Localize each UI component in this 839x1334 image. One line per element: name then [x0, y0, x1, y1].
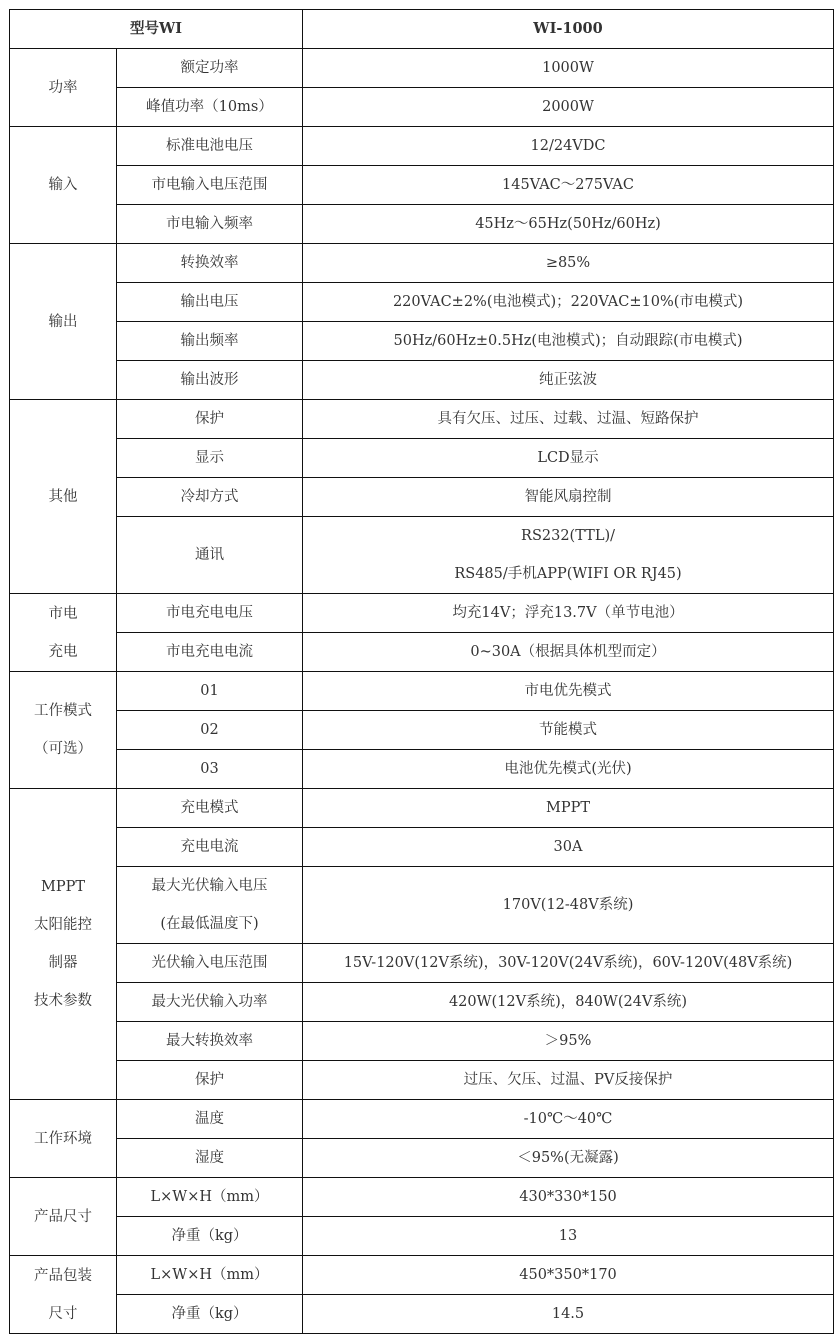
param-value: 0~30A（根据具体机型而定） [303, 633, 834, 672]
param-name: 01 [117, 672, 303, 711]
table-row: 市电输入频率45Hz～65Hz(50Hz/60Hz) [10, 205, 834, 244]
text-line: 保护 [119, 400, 300, 438]
param-name: 转换效率 [117, 244, 303, 283]
text-line: 净重（kg） [119, 1217, 300, 1255]
text-line: 净重（kg） [119, 1295, 300, 1333]
param-value: 节能模式 [303, 711, 834, 750]
text-line: -10℃～40℃ [305, 1100, 831, 1138]
text-line: 市电 [12, 595, 114, 633]
text-line: 均充14V；浮充13.7V（单节电池） [305, 594, 831, 632]
text-line: 145VAC～275VAC [305, 166, 831, 204]
table-row: 湿度＜95%(无凝露) [10, 1139, 834, 1178]
text-line: 02 [119, 711, 300, 749]
text-line: RS232(TTL)/ [305, 517, 831, 555]
param-name: 市电输入电压范围 [117, 166, 303, 205]
text-line: 市电输入频率 [119, 205, 300, 243]
text-line: 纯正弦波 [305, 361, 831, 399]
table-row: 产品包装尺寸L×W×H（mm）450*350*170 [10, 1256, 834, 1295]
model-label: 型号WI [10, 10, 303, 49]
text-line: 技术参数 [12, 982, 114, 1020]
param-value: RS232(TTL)/RS485/手机APP(WIFI OR RJ45) [303, 517, 834, 594]
param-name: 显示 [117, 439, 303, 478]
text-line: 430*330*150 [305, 1178, 831, 1216]
text-line: 输出频率 [119, 322, 300, 360]
text-line: 50Hz/60Hz±0.5Hz(电池模式)；自动跟踪(市电模式) [305, 322, 831, 360]
text-line: 1000W [305, 49, 831, 87]
text-line: 输出波形 [119, 361, 300, 399]
param-value: -10℃～40℃ [303, 1100, 834, 1139]
table-row: 其他保护具有欠压、过压、过载、过温、短路保护 [10, 400, 834, 439]
text-line: 节能模式 [305, 711, 831, 749]
group-label: 其他 [10, 400, 117, 594]
text-line: 市电优先模式 [305, 672, 831, 710]
param-value: 50Hz/60Hz±0.5Hz(电池模式)；自动跟踪(市电模式) [303, 322, 834, 361]
text-line: 最大光伏输入功率 [119, 983, 300, 1021]
param-value: 1000W [303, 49, 834, 88]
text-line: 转换效率 [119, 244, 300, 282]
text-line: 450*350*170 [305, 1256, 831, 1294]
text-line: 冷却方式 [119, 478, 300, 516]
group-label: 工作环境 [10, 1100, 117, 1178]
text-line: 420W(12V系统)，840W(24V系统) [305, 983, 831, 1021]
text-line: MPPT [305, 789, 831, 827]
text-line: 温度 [119, 1100, 300, 1138]
table-row: 光伏输入电压范围15V-120V(12V系统)，30V-120V(24V系统)，… [10, 944, 834, 983]
param-name: 光伏输入电压范围 [117, 944, 303, 983]
text-line: 170V(12-48V系统) [305, 886, 831, 924]
param-value: 430*330*150 [303, 1178, 834, 1217]
table-row: 净重（kg）14.5 [10, 1295, 834, 1334]
table-row: 峰值功率（10ms）2000W [10, 88, 834, 127]
text-line: 智能风扇控制 [305, 478, 831, 516]
param-value: 电池优先模式(光伏) [303, 750, 834, 789]
table-row: 输出频率50Hz/60Hz±0.5Hz(电池模式)；自动跟踪(市电模式) [10, 322, 834, 361]
text-line: 尺寸 [12, 1295, 114, 1333]
text-line: 湿度 [119, 1139, 300, 1177]
text-line: 功率 [12, 69, 114, 107]
param-value: 145VAC～275VAC [303, 166, 834, 205]
param-name: 最大光伏输入电压(在最低温度下) [117, 867, 303, 944]
table-row: 通讯RS232(TTL)/RS485/手机APP(WIFI OR RJ45) [10, 517, 834, 594]
text-line: 12/24VDC [305, 127, 831, 165]
table-row: 冷却方式智能风扇控制 [10, 478, 834, 517]
param-value: LCD显示 [303, 439, 834, 478]
text-line: (在最低温度下) [119, 905, 300, 943]
param-value: 智能风扇控制 [303, 478, 834, 517]
text-line: 最大转换效率 [119, 1022, 300, 1060]
text-line: L×W×H（mm） [119, 1256, 300, 1294]
text-line: 其他 [12, 478, 114, 516]
text-line: 输出 [12, 303, 114, 341]
param-name: 峰值功率（10ms） [117, 88, 303, 127]
text-line: 0~30A（根据具体机型而定） [305, 633, 831, 671]
group-label: 产品尺寸 [10, 1178, 117, 1256]
param-name: 额定功率 [117, 49, 303, 88]
param-value: 450*350*170 [303, 1256, 834, 1295]
text-line: 输入 [12, 166, 114, 204]
table-row: 最大光伏输入电压(在最低温度下)170V(12-48V系统) [10, 867, 834, 944]
group-label: 输入 [10, 127, 117, 244]
text-line: 03 [119, 750, 300, 788]
param-value: MPPT [303, 789, 834, 828]
table-row: 市电输入电压范围145VAC～275VAC [10, 166, 834, 205]
group-label: 工作模式（可选） [10, 672, 117, 789]
text-line: L×W×H（mm） [119, 1178, 300, 1216]
text-line: 峰值功率（10ms） [119, 88, 300, 126]
text-line: 01 [119, 672, 300, 710]
group-label: 功率 [10, 49, 117, 127]
spec-table-body: 型号WI WI-1000 功率额定功率1000W峰值功率（10ms）2000W输… [10, 10, 834, 1334]
param-value: 420W(12V系统)，840W(24V系统) [303, 983, 834, 1022]
text-line: RS485/手机APP(WIFI OR RJ45) [305, 555, 831, 593]
text-line: 充电 [12, 633, 114, 671]
param-value: 市电优先模式 [303, 672, 834, 711]
text-line: 13 [305, 1217, 831, 1255]
text-line: 制器 [12, 944, 114, 982]
param-value: 15V-120V(12V系统)，30V-120V(24V系统)，60V-120V… [303, 944, 834, 983]
text-line: 220VAC±2%(电池模式)；220VAC±10%(市电模式) [305, 283, 831, 321]
text-line: 额定功率 [119, 49, 300, 87]
text-line: 电池优先模式(光伏) [305, 750, 831, 788]
param-name: 03 [117, 750, 303, 789]
param-name: 输出波形 [117, 361, 303, 400]
param-name: 最大转换效率 [117, 1022, 303, 1061]
group-label: 产品包装尺寸 [10, 1256, 117, 1334]
text-line: 45Hz～65Hz(50Hz/60Hz) [305, 205, 831, 243]
param-name: 市电充电电压 [117, 594, 303, 633]
text-line: 显示 [119, 439, 300, 477]
table-row: 输出转换效率≥85% [10, 244, 834, 283]
table-row: 充电电流30A [10, 828, 834, 867]
param-name: 02 [117, 711, 303, 750]
param-name: 湿度 [117, 1139, 303, 1178]
text-line: 市电输入电压范围 [119, 166, 300, 204]
text-line: 充电模式 [119, 789, 300, 827]
param-value: 过压、欠压、过温、PV反接保护 [303, 1061, 834, 1100]
text-line: 市电充电电流 [119, 633, 300, 671]
text-line: 工作模式 [12, 692, 114, 730]
param-value: 具有欠压、过压、过载、过温、短路保护 [303, 400, 834, 439]
param-name: 充电电流 [117, 828, 303, 867]
param-value: 220VAC±2%(电池模式)；220VAC±10%(市电模式) [303, 283, 834, 322]
table-row: 输出波形纯正弦波 [10, 361, 834, 400]
param-value: 纯正弦波 [303, 361, 834, 400]
param-name: 保护 [117, 400, 303, 439]
param-value: 均充14V；浮充13.7V（单节电池） [303, 594, 834, 633]
param-value: ≥85% [303, 244, 834, 283]
param-name: 标准电池电压 [117, 127, 303, 166]
param-name: 充电模式 [117, 789, 303, 828]
param-value: 45Hz～65Hz(50Hz/60Hz) [303, 205, 834, 244]
param-name: 温度 [117, 1100, 303, 1139]
table-row: 输出电压220VAC±2%(电池模式)；220VAC±10%(市电模式) [10, 283, 834, 322]
group-label: 输出 [10, 244, 117, 400]
text-line: 产品包装 [12, 1257, 114, 1295]
param-name: 净重（kg） [117, 1217, 303, 1256]
text-line: 输出电压 [119, 283, 300, 321]
table-row: 最大光伏输入功率420W(12V系统)，840W(24V系统) [10, 983, 834, 1022]
param-value: 12/24VDC [303, 127, 834, 166]
text-line: 最大光伏输入电压 [119, 867, 300, 905]
text-line: （可选） [12, 730, 114, 768]
table-row: 工作环境温度-10℃～40℃ [10, 1100, 834, 1139]
text-line: 产品尺寸 [12, 1198, 114, 1236]
param-value: 30A [303, 828, 834, 867]
param-name: 通讯 [117, 517, 303, 594]
group-label: 市电充电 [10, 594, 117, 672]
param-name: 最大光伏输入功率 [117, 983, 303, 1022]
param-value: ＜95%(无凝露) [303, 1139, 834, 1178]
text-line: 标准电池电压 [119, 127, 300, 165]
param-value: ＞95% [303, 1022, 834, 1061]
text-line: MPPT [12, 868, 114, 906]
text-line: 市电充电电压 [119, 594, 300, 632]
text-line: 保护 [119, 1061, 300, 1099]
table-row: 功率额定功率1000W [10, 49, 834, 88]
text-line: ≥85% [305, 244, 831, 282]
text-line: 具有欠压、过压、过载、过温、短路保护 [305, 400, 831, 438]
param-value: 14.5 [303, 1295, 834, 1334]
text-line: 14.5 [305, 1295, 831, 1333]
param-name: 冷却方式 [117, 478, 303, 517]
table-row: 最大转换效率＞95% [10, 1022, 834, 1061]
text-line: 充电电流 [119, 828, 300, 866]
text-line: LCD显示 [305, 439, 831, 477]
text-line: 30A [305, 828, 831, 866]
table-row: 输入标准电池电压12/24VDC [10, 127, 834, 166]
param-name: L×W×H（mm） [117, 1256, 303, 1295]
param-value: 2000W [303, 88, 834, 127]
table-row: 市电充电电流0~30A（根据具体机型而定） [10, 633, 834, 672]
table-row: 市电充电市电充电电压均充14V；浮充13.7V（单节电池） [10, 594, 834, 633]
table-row: 净重（kg）13 [10, 1217, 834, 1256]
param-name: 输出频率 [117, 322, 303, 361]
model-value: WI-1000 [303, 10, 834, 49]
spec-table: 型号WI WI-1000 功率额定功率1000W峰值功率（10ms）2000W输… [9, 9, 834, 1334]
header-row: 型号WI WI-1000 [10, 10, 834, 49]
param-value: 13 [303, 1217, 834, 1256]
text-line: 工作环境 [12, 1120, 114, 1158]
text-line: ＜95%(无凝露) [305, 1139, 831, 1177]
param-name: 输出电压 [117, 283, 303, 322]
text-line: 通讯 [119, 536, 300, 574]
param-name: 市电充电电流 [117, 633, 303, 672]
text-line: 过压、欠压、过温、PV反接保护 [305, 1061, 831, 1099]
text-line: 15V-120V(12V系统)，30V-120V(24V系统)，60V-120V… [305, 944, 831, 982]
param-name: L×W×H（mm） [117, 1178, 303, 1217]
table-row: 产品尺寸L×W×H（mm）430*330*150 [10, 1178, 834, 1217]
text-line: 光伏输入电压范围 [119, 944, 300, 982]
table-row: 02节能模式 [10, 711, 834, 750]
param-value: 170V(12-48V系统) [303, 867, 834, 944]
param-name: 市电输入频率 [117, 205, 303, 244]
text-line: 太阳能控 [12, 906, 114, 944]
table-row: 03电池优先模式(光伏) [10, 750, 834, 789]
param-name: 净重（kg） [117, 1295, 303, 1334]
text-line: ＞95% [305, 1022, 831, 1060]
group-label: MPPT太阳能控制器技术参数 [10, 789, 117, 1100]
table-row: 工作模式（可选）01市电优先模式 [10, 672, 834, 711]
text-line: 2000W [305, 88, 831, 126]
table-row: 保护过压、欠压、过温、PV反接保护 [10, 1061, 834, 1100]
table-row: 显示LCD显示 [10, 439, 834, 478]
param-name: 保护 [117, 1061, 303, 1100]
table-row: MPPT太阳能控制器技术参数充电模式MPPT [10, 789, 834, 828]
